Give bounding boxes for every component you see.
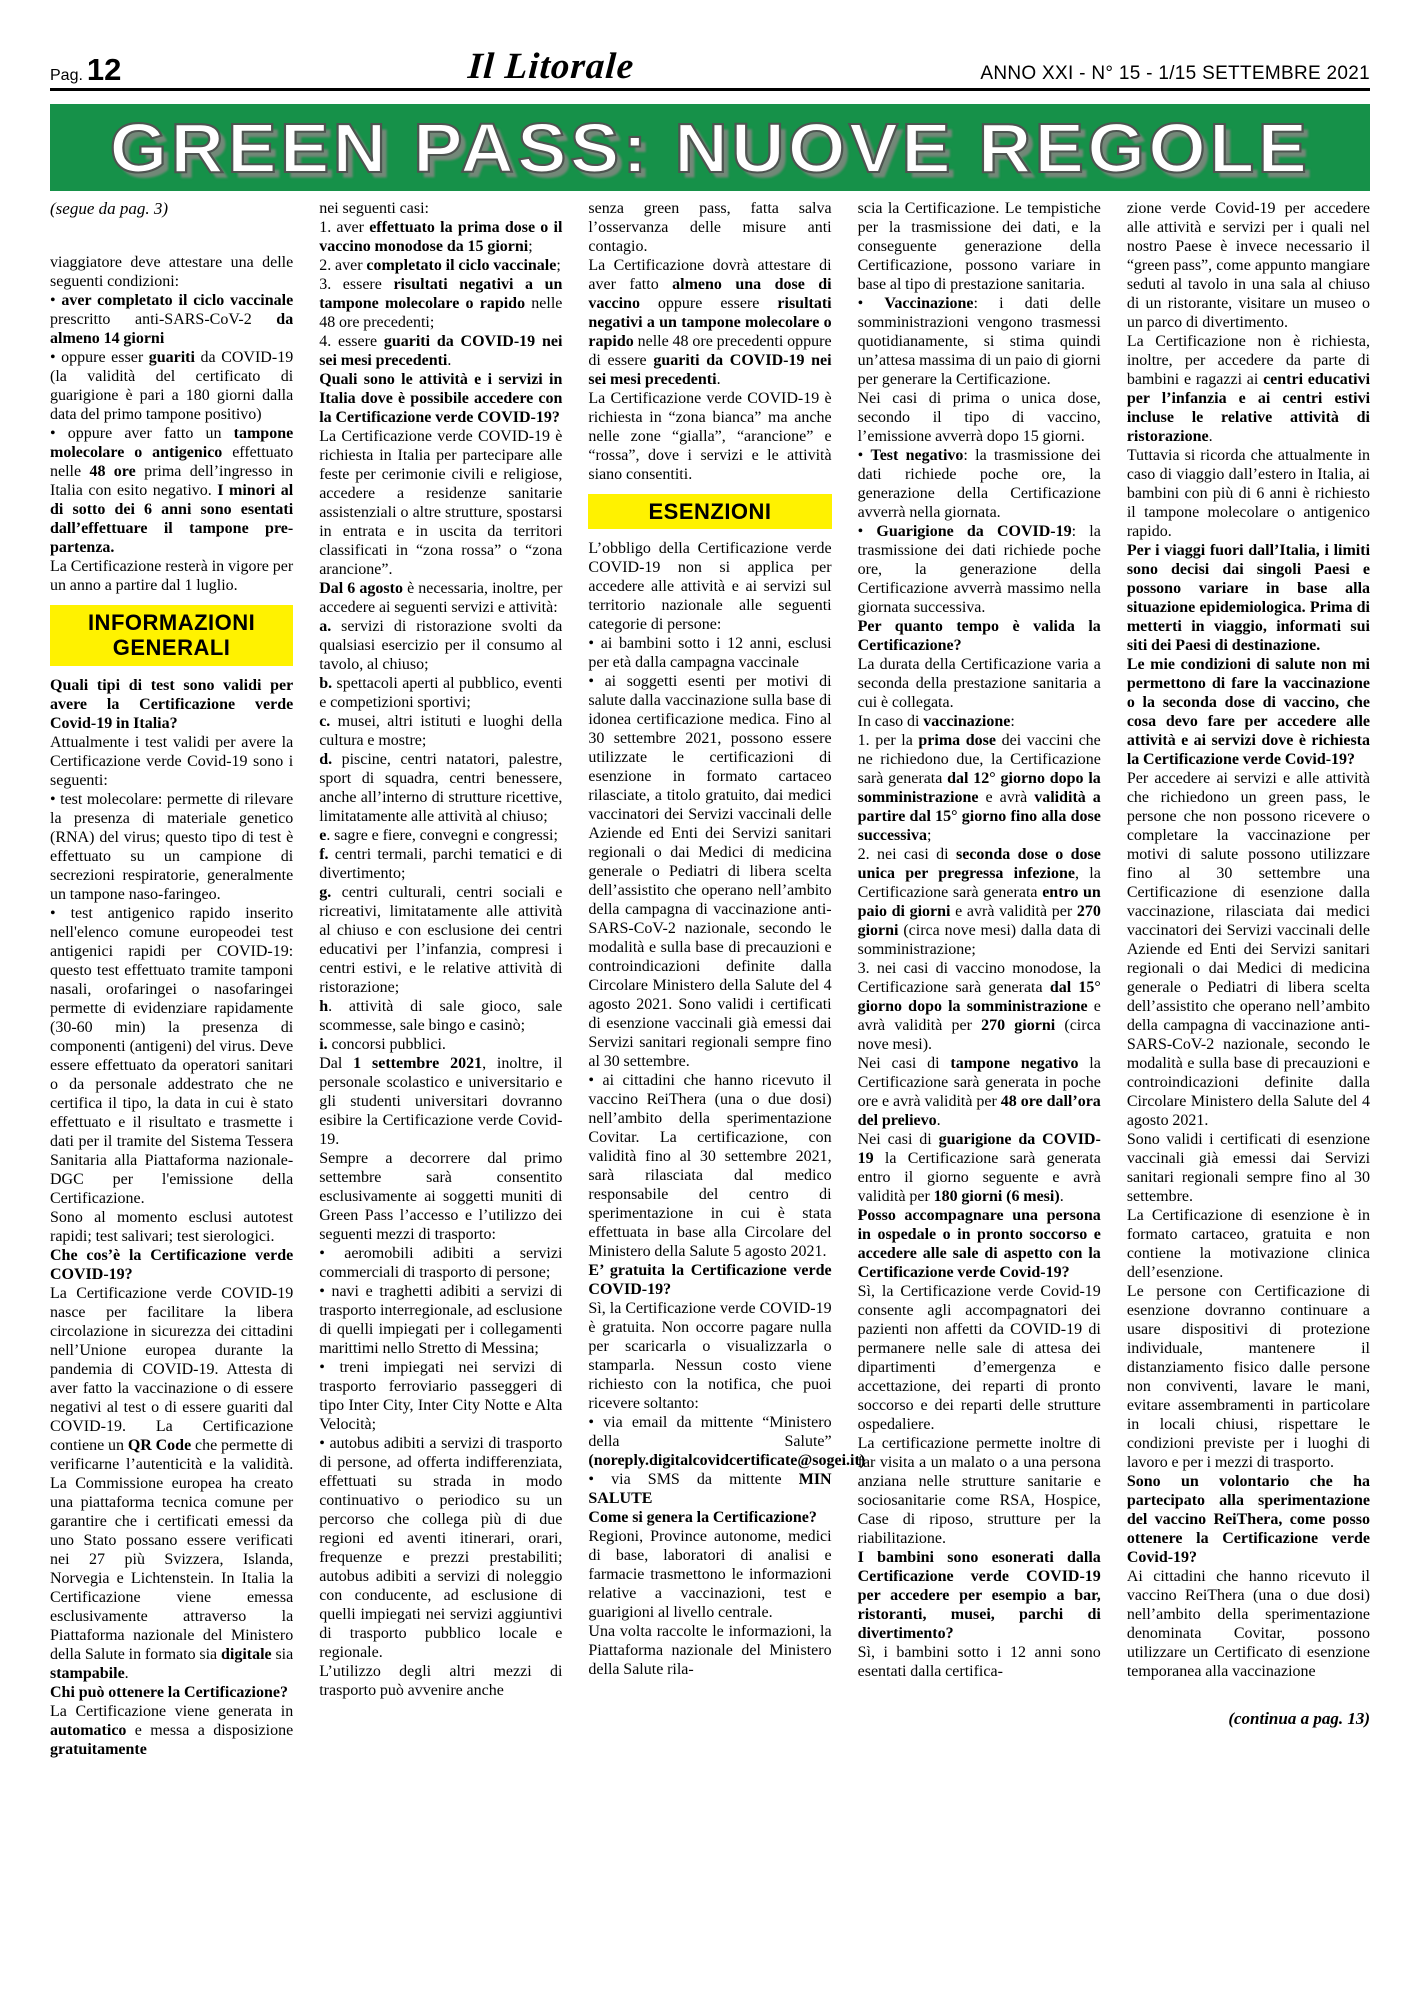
paragraph: 1. aver effettuato la prima dose o il va… — [319, 218, 562, 256]
masthead: Il Litorale — [466, 48, 635, 85]
question-heading: Che cos’è la Certificazione verde COVID-… — [50, 1246, 293, 1284]
paragraph: Regioni, Province autonome, medici di ba… — [588, 1527, 831, 1622]
paragraph: nei seguenti casi: — [319, 199, 562, 218]
article-column-5: zione verde Covid-19 per accedere alle a… — [1127, 199, 1370, 1997]
paragraph: La Certificazione di esenzione è in form… — [1127, 1206, 1370, 1282]
paragraph: • test antigenico rapido inserito nell'e… — [50, 904, 293, 1208]
paragraph: • test molecolare: permette di rilevare … — [50, 790, 293, 904]
paragraph: • ai bambini sotto i 12 anni, esclusi pe… — [588, 634, 831, 672]
paragraph: La Certificazione non è richiesta, inolt… — [1127, 332, 1370, 446]
paragraph: h. attività di sale gioco, sale scommess… — [319, 997, 562, 1035]
paragraph: Le persone con Certificazione di esenzio… — [1127, 1282, 1370, 1472]
paragraph: • aeromobili adibiti a servizi commercia… — [319, 1244, 562, 1282]
question-heading: Quali tipi di test sono validi per avere… — [50, 676, 293, 733]
paragraph: 3. essere risultati negativi a un tampon… — [319, 275, 562, 332]
paragraph: Sono validi i certificati di esenzione v… — [1127, 1130, 1370, 1206]
paragraph: c. musei, altri istituti e luoghi della … — [319, 712, 562, 750]
paragraph: • ai cittadini che hanno ricevuto il vac… — [588, 1071, 831, 1261]
article-column-2: nei seguenti casi:1. aver effettuato la … — [319, 199, 562, 1997]
continuation-note: (continua a pag. 13) — [1127, 1709, 1370, 1729]
question-heading: Posso accompagnare una persona in ospeda… — [858, 1206, 1101, 1282]
paragraph: Ai cittadini che hanno ricevuto il vacci… — [1127, 1567, 1370, 1681]
article-columns: (segue da pag. 3)viaggiatore deve attest… — [50, 199, 1370, 1997]
paragraph: Sì, la Certificazione verde Covid-19 con… — [858, 1282, 1101, 1434]
section-header: INFORMAZIONI GENERALI — [50, 605, 293, 666]
paragraph: La certificazione permette inoltre di fa… — [858, 1434, 1101, 1548]
paragraph: La Certificazione dovrà attestare di ave… — [588, 256, 831, 389]
page-header: Pag. 12 Il Litorale ANNO XXI - N° 15 - 1… — [50, 0, 1370, 91]
paragraph: La Certificazione verde COVID-19 è richi… — [588, 389, 831, 484]
paragraph: L’utilizzo degli altri mezzi di trasport… — [319, 1662, 562, 1700]
paragraph: 4. essere guariti da COVID-19 nei sei me… — [319, 332, 562, 370]
question-heading: Chi può ottenere la Certificazione? — [50, 1683, 293, 1702]
paragraph: Nei casi di guarigione da COVID-19 la Ce… — [858, 1130, 1101, 1206]
paragraph: • oppure esser guariti da COVID-19 (la v… — [50, 348, 293, 424]
paragraph: • navi e traghetti adibiti a servizi di … — [319, 1282, 562, 1358]
paragraph: scia la Certificazione. Le tempistiche p… — [858, 199, 1101, 294]
paragraph: La durata della Certificazione varia a s… — [858, 655, 1101, 712]
page-number-block: Pag. 12 — [50, 54, 121, 85]
paragraph: d. piscine, centri natatori, palestre, s… — [319, 750, 562, 826]
paragraph: Sì, i bambini sotto i 12 anni sono esent… — [858, 1643, 1101, 1681]
paragraph: f. centri termali, parchi tematici e di … — [319, 845, 562, 883]
paragraph: Dal 1 settembre 2021, inoltre, il person… — [319, 1054, 562, 1149]
paragraph: L’obbligo della Certificazione verde COV… — [588, 539, 831, 634]
paragraph: 3. nei casi di vaccino monodose, la Cert… — [858, 959, 1101, 1054]
paragraph: Dal 6 agosto è necessaria, inoltre, per … — [319, 579, 562, 617]
paragraph: Nei casi di tampone negativo la Certific… — [858, 1054, 1101, 1130]
paragraph: Tuttavia si ricorda che attualmente in c… — [1127, 446, 1370, 541]
paragraph: 1. per la prima dose dei vaccini che ne … — [858, 731, 1101, 845]
paragraph: Nei casi di prima o unica dose, secondo … — [858, 389, 1101, 446]
paragraph: Sono al momento esclusi autotest rapidi;… — [50, 1208, 293, 1246]
paragraph: • Vaccinazione: i dati delle somministra… — [858, 294, 1101, 389]
headline-banner: GREEN PASS: NUOVE REGOLE — [50, 104, 1370, 191]
section-header: ESENZIONI — [588, 494, 831, 529]
paragraph: La Certificazione verde COVID-19 è richi… — [319, 427, 562, 579]
question-heading: Le mie condizioni di salute non mi perme… — [1127, 655, 1370, 769]
paragraph: La Certificazione resterà in vigore per … — [50, 557, 293, 595]
paragraph: • aver completato il ciclo vaccinale pre… — [50, 291, 293, 348]
question-heading: Per quanto tempo è valida la Certificazi… — [858, 617, 1101, 655]
paragraph: zione verde Covid-19 per accedere alle a… — [1127, 199, 1370, 332]
paragraph: • Test negativo: la trasmissione dei dat… — [858, 446, 1101, 522]
paragraph: 2. nei casi di seconda dose o dose unica… — [858, 845, 1101, 959]
article-column-4: scia la Certificazione. Le tempistiche p… — [858, 199, 1101, 1997]
paragraph: • Guarigione da COVID-19: la trasmission… — [858, 522, 1101, 617]
newspaper-page: Pag. 12 Il Litorale ANNO XXI - N° 15 - 1… — [0, 0, 1420, 1997]
paragraph: • ai soggetti esenti per motivi di salut… — [588, 672, 831, 1071]
paragraph: g. centri culturali, centri sociali e ri… — [319, 883, 562, 997]
question-heading: Sono un volontario che ha partecipato al… — [1127, 1472, 1370, 1567]
page-number: 12 — [87, 54, 121, 85]
page-label: Pag. — [50, 67, 83, 85]
article-column-3: senza green pass, fatta salva l’osservan… — [588, 199, 831, 1997]
paragraph: a. servizi di ristorazione svolti da qua… — [319, 617, 562, 674]
paragraph: Per accedere ai servizi e alle attività … — [1127, 769, 1370, 1130]
paragraph: senza green pass, fatta salva l’osservan… — [588, 199, 831, 256]
paragraph: • oppure aver fatto un tampone molecolar… — [50, 424, 293, 557]
question-heading: Come si genera la Certificazione? — [588, 1508, 831, 1527]
paragraph: i. concorsi pubblici. — [319, 1035, 562, 1054]
paragraph: Per i viaggi fuori dall’Italia, i limiti… — [1127, 541, 1370, 655]
paragraph: Sempre a decorrere dal primo settembre s… — [319, 1149, 562, 1244]
paragraph: La Certificazione viene generata in auto… — [50, 1702, 293, 1759]
paragraph: e. sagre e fiere, convegni e congressi; — [319, 826, 562, 845]
paragraph: • via SMS da mittente MIN SALUTE — [588, 1470, 831, 1508]
paragraph: 2. aver completato il ciclo vaccinale; — [319, 256, 562, 275]
question-heading: E’ gratuita la Certificazione verde COVI… — [588, 1261, 831, 1299]
paragraph: Sì, la Certificazione verde COVID-19 è g… — [588, 1299, 831, 1413]
continuation-note: (segue da pag. 3) — [50, 199, 293, 219]
paragraph: In caso di vaccinazione: — [858, 712, 1101, 731]
paragraph: • treni impiegati nei servizi di traspor… — [319, 1358, 562, 1434]
paragraph: • autobus adibiti a servizi di trasporto… — [319, 1434, 562, 1662]
question-heading: Quali sono le attività e i servizi in It… — [319, 370, 562, 427]
issue-info: ANNO XXI - N° 15 - 1/15 SETTEMBRE 2021 — [980, 63, 1370, 85]
question-heading: I bambini sono esonerati dalla Certifica… — [858, 1548, 1101, 1643]
paragraph: b. spettacoli aperti al pubblico, eventi… — [319, 674, 562, 712]
paragraph: • via email da mittente “Ministero della… — [588, 1413, 831, 1470]
headline-title: GREEN PASS: NUOVE REGOLE — [110, 108, 1311, 188]
paragraph: viaggiatore deve attestare una delle seg… — [50, 253, 293, 291]
paragraph: Attualmente i test validi per avere la C… — [50, 733, 293, 790]
article-column-1: (segue da pag. 3)viaggiatore deve attest… — [50, 199, 293, 1997]
paragraph: Una volta raccolte le informazioni, la P… — [588, 1622, 831, 1679]
paragraph: La Certificazione verde COVID-19 nasce p… — [50, 1284, 293, 1683]
